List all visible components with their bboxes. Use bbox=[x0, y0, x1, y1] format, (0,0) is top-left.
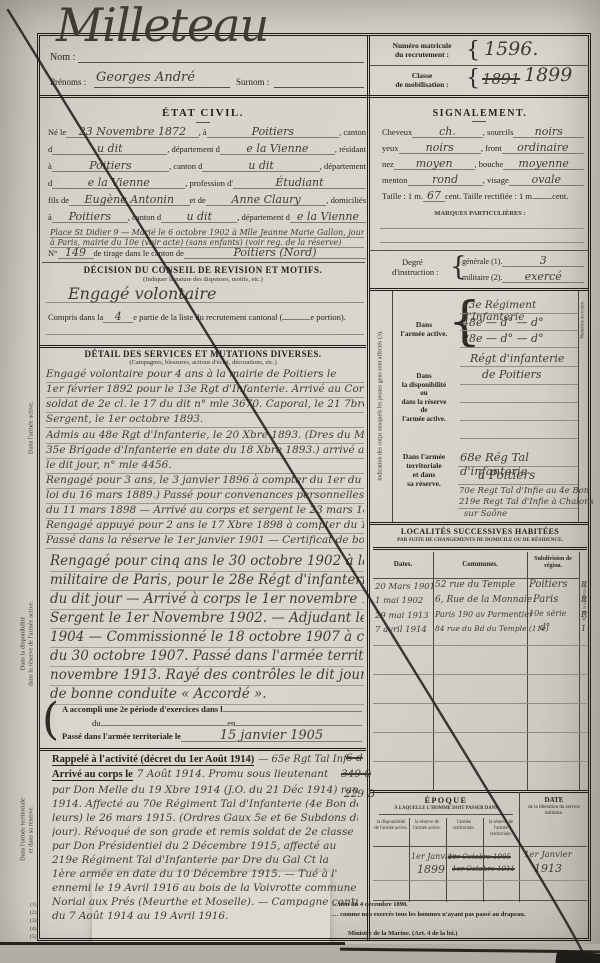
service-line: le dit jour, n° mle 4456. bbox=[46, 458, 364, 474]
corps-active-label: Dans l'armée active. bbox=[396, 320, 452, 338]
decision-title: DÉCISION DU CONSEIL DE REVISION ET MOTIF… bbox=[40, 265, 366, 275]
epoque-title: ÉPOQUE bbox=[373, 796, 519, 805]
corps-dispo-2: de Poitiers bbox=[482, 368, 542, 381]
locality-n: R. bbox=[581, 595, 590, 604]
margin-number-3: 229 B bbox=[344, 788, 375, 800]
service-line: Sergent, le 1er octobre 1893. bbox=[46, 412, 364, 428]
service-line: soldat de 2e cl. le 17 du dit n° mle 367… bbox=[46, 397, 364, 413]
decision-subtitle: (Indiquer la nature des dispenses, motif… bbox=[40, 276, 366, 283]
recall-line-2: Arrivé au corps le 7 Août 1914. Promu so… bbox=[52, 769, 352, 781]
margin-label-armee-active: Dans l'armée active. bbox=[27, 368, 35, 488]
epoque-liberation-date-1: 1er Janvier bbox=[524, 850, 572, 860]
locality-date: 1 mai 1902 bbox=[375, 596, 423, 606]
decision-value: Engagé volontaire bbox=[68, 284, 217, 303]
degre-militaire-row: militaire (2).exercé bbox=[462, 272, 584, 283]
service-line-big: de bonne conduite « Accordé ». bbox=[50, 685, 364, 705]
degre-general-row: générale (1).3 bbox=[462, 256, 584, 267]
epoque-col2-header: la réserve de l'armée active. bbox=[410, 820, 444, 832]
epoque-date-header-2: de la libération du service militaire. bbox=[523, 805, 585, 817]
classe-brace: { bbox=[466, 66, 480, 91]
prenoms-value: Georges André bbox=[96, 70, 195, 85]
etat-line-1: Né le23 Novembre 1872, àPoitiers, canton bbox=[48, 127, 366, 138]
degre-label-2: d'instruction : bbox=[392, 267, 439, 277]
margin-label-disponibilite: Dans la disponibilité dans la réserve de… bbox=[20, 574, 35, 714]
margin-number-2: 349 0 bbox=[341, 768, 371, 780]
etat-line-3: àPoitiers, canton du dit, département bbox=[48, 161, 366, 172]
corps-terr-3: 70e Regt Tal d'Infie au 4e Bon bbox=[459, 486, 589, 496]
page-bottom-edge bbox=[0, 944, 600, 963]
epoque-reserve-date-2: 1899 bbox=[417, 863, 445, 876]
epoque-col3-header: l'armée territoriale. bbox=[447, 820, 481, 832]
recall-line: 1ère armée en date du 10 Décembre 1915. … bbox=[52, 868, 358, 883]
margin-number-1: 6 d bbox=[346, 752, 363, 764]
service-line: 35e Brigade d'Infanterie en date du 18 X… bbox=[46, 443, 364, 459]
degre-label-1: Degré bbox=[402, 257, 423, 267]
corps-dispo-label: Dans la disponibilité ou dans la réserve… bbox=[392, 372, 456, 423]
service-line: 1er février 1892 pour le 13e Rgt d'Infan… bbox=[46, 382, 364, 398]
prenoms-label: Prénoms : bbox=[50, 77, 86, 87]
corps-active-3: 28e — d° — d° bbox=[462, 332, 544, 345]
locality-n: 1 bbox=[581, 624, 586, 633]
corps-active-2: 48e — d° — d° bbox=[462, 316, 544, 329]
surnom-label: Surnom : bbox=[236, 77, 269, 87]
matricule-brace: { bbox=[466, 38, 480, 63]
signalement-row-3: nezmoyen, bouchemoyenne bbox=[382, 159, 584, 170]
recall-line: jour). Révoqué de son grade et remis sol… bbox=[52, 826, 358, 841]
matricule-label: Numéro matricule du recrutement : bbox=[378, 41, 466, 59]
locality-commune: 52 rue du Temple bbox=[435, 580, 515, 590]
period-line-3: Passé dans l'armée territoriale le15 jan… bbox=[62, 731, 362, 742]
service-line-big: Rengagé pour cinq ans le 30 octobre 1902… bbox=[50, 552, 364, 572]
footnote-markers: (1) (2) (3) (4) (5) bbox=[30, 901, 36, 941]
service-line: du 11 mars 1898 — Arrivé au corps et ser… bbox=[46, 503, 364, 519]
signalement-row-4: mentonrond, visageovale bbox=[382, 175, 584, 186]
etat-line-6: àPoitiers, canton du dit, département de… bbox=[48, 212, 366, 223]
service-line-big: Sergent le 1er Novembre 1902. — Adjudant… bbox=[50, 609, 364, 629]
recall-line: ennemi le 19 Avril 1916 au bois de la Vo… bbox=[52, 882, 358, 897]
service-line-big: militaire de Paris, pour le 28e Régt d'i… bbox=[50, 571, 364, 591]
epoque-date-header: DATE bbox=[521, 796, 587, 804]
localites-col-communes: Communes. bbox=[433, 560, 527, 568]
services-subtitle: (Campagnes, blessures, actions d'éclat, … bbox=[40, 359, 366, 366]
surname-signature: Milleteau bbox=[56, 0, 268, 52]
service-line-big: du dit jour — Arrivé à corps le 1er nove… bbox=[50, 590, 364, 610]
corps-terr-2: à Poitiers bbox=[478, 468, 535, 482]
period-line-1: A accompli une 2e période d'exercices da… bbox=[62, 704, 362, 714]
service-line-big: 1904 — Commissionné le 18 octobre 1907 à… bbox=[50, 628, 364, 648]
service-line-big: novembre 1913. Rayé des contrôles le dit… bbox=[50, 666, 364, 686]
localites-col-dates: Dates. bbox=[373, 560, 433, 568]
matricule-value: 1596. bbox=[484, 38, 538, 60]
bottom-edge-line-left bbox=[0, 942, 345, 945]
periods-brace: ( bbox=[42, 698, 59, 742]
signalement-row-2: yeuxnoirs, frontordinaire bbox=[382, 143, 584, 154]
locality-subdiv: Paris bbox=[533, 594, 558, 605]
epoque-subtitle: À LAQUELLE L'HOMME DOIT PASSER DANS bbox=[373, 806, 519, 811]
service-line: Rengagé appuyé pour 2 ans le 17 Xbre 189… bbox=[46, 518, 364, 534]
corps-terr-5: sur Saône bbox=[464, 509, 507, 519]
marques-label: MARQUES PARTICULIÈRES : bbox=[371, 210, 589, 217]
recall-line: par Don Présidentiel du 2 Décembre 1915,… bbox=[52, 840, 358, 855]
locality-subdiv: d° bbox=[540, 623, 550, 633]
etat-civil-title: ÉTAT CIVIL. bbox=[40, 107, 366, 119]
locality-commune: Paris 190 av Parmentier bbox=[435, 610, 533, 619]
localites-col-subdivision: Subdivision de région. bbox=[527, 556, 579, 570]
footnote-5: (5) bbox=[30, 933, 36, 941]
services-title: DÉTAIL DES SERVICES ET MUTATIONS DIVERSE… bbox=[40, 349, 366, 359]
tirage-line: N°149de tirage dans le canton dePoitiers… bbox=[48, 248, 366, 259]
etat-line-5: fils deEugène Antoninet deAnne Claury, d… bbox=[48, 195, 366, 206]
footnote-3: (3) bbox=[30, 917, 36, 925]
signalement-title: SIGNALEMENT. bbox=[371, 108, 589, 119]
marriage-note-1: Place St Didier 9 — Marié le 6 octobre 1… bbox=[50, 228, 364, 238]
service-line: loi du 16 mars 1889.) Passé pour convena… bbox=[46, 488, 364, 504]
nom-label: Nom : bbox=[50, 52, 75, 63]
locality-commune: 84 rue du Bd du Temple (11e) bbox=[435, 624, 549, 633]
footnote-2: (2) bbox=[30, 909, 36, 917]
recall-line: 219e Régiment Tal d'Infanterie par Dre d… bbox=[52, 854, 358, 869]
recall-line: Norial aux Prés (Meurthe et Moselle). — … bbox=[52, 896, 358, 911]
recall-line: leurs) le 26 mars 1915. (Ordres Gaux 5e … bbox=[52, 812, 358, 827]
corps-terr-4: 219e Regt Tal d'Infie à Chalons bbox=[459, 497, 594, 507]
corps-terr-label: Dans l'armée territoriale et dans sa rés… bbox=[392, 452, 456, 488]
service-line-big: du 30 octobre 1907. Passé dans l'armée t… bbox=[50, 647, 364, 667]
service-line: Admis au 48e Rgt d'Infanterie, le 20 Xbr… bbox=[46, 428, 364, 444]
recall-line: par Don Melle du 19 Xbre 1914 (J.O. du 2… bbox=[52, 784, 358, 799]
classe-value: 1899 bbox=[524, 64, 572, 86]
localites-title: LOCALITÉS SUCCESSIVES HABITÉES bbox=[371, 527, 589, 536]
epoque-terr-date-struck: 1er Octobre 1905 bbox=[448, 853, 511, 861]
etat-line-2: du dit, département de la Vienne, résida… bbox=[48, 144, 366, 155]
service-line: Passé dans la réserve le 1er janvier 190… bbox=[46, 533, 364, 549]
recall-line: 1914. Affecté au 70e Régiment Tal d'Infa… bbox=[52, 798, 358, 813]
locality-subdiv: 10e série bbox=[529, 609, 566, 618]
locality-commune: 6, Rue de la Monnaie bbox=[435, 595, 532, 605]
period-line-2: duen bbox=[92, 718, 362, 728]
epoque-col1-header: la disponibilité de l'armée active. bbox=[374, 820, 408, 832]
epoque-terr-date: 1er Octobre 1911 bbox=[452, 865, 515, 873]
footnote-1: (1) bbox=[30, 901, 36, 909]
etat-line-4: de la Vienne, profession d'Étudiant bbox=[48, 178, 366, 189]
footnote-4: (4) bbox=[30, 925, 36, 933]
epoque-col4-header: la réserve de l'armée territoriale. bbox=[484, 820, 518, 838]
locality-n: R. bbox=[581, 610, 590, 619]
epoque-liberation-date-2: 1913 bbox=[534, 862, 562, 875]
margin-label-territoriale: Dans l'armée territoriale et dans sa rés… bbox=[20, 765, 35, 895]
locality-date: 29 mai 1913 bbox=[375, 611, 429, 621]
compris-line: Compris dans la4e partie de la liste du … bbox=[48, 312, 366, 323]
signalement-row-5: Taille : 1 m.67cent. Taille rectifiée : … bbox=[382, 191, 584, 202]
recall-line: du 7 Août 1914 au 19 Avril 1916. bbox=[52, 910, 358, 925]
locality-subdiv: Poitiers bbox=[529, 579, 568, 590]
locality-date: 20 Mars 1901 bbox=[375, 582, 435, 592]
service-line: Engagé volontaire pour 4 ans à la mairie… bbox=[46, 367, 364, 383]
corps-dispo-1: Régt d'infanterie bbox=[470, 352, 564, 365]
locality-date: 7 avril 1914 bbox=[375, 625, 427, 635]
recall-line-1: Rappelé à l'activité (décret du 1er Août… bbox=[52, 754, 352, 766]
localites-subtitle: PAR SUITE DE CHANGEMENTS DE DOMICILE OU … bbox=[371, 537, 589, 543]
signalement-row-1: Cheveuxch., sourcilsnoirs bbox=[382, 127, 584, 138]
classe-label: Classe de mobilisation : bbox=[378, 71, 466, 89]
service-line: Rengagé pour 3 ans, le 3 janvier 1896 à … bbox=[46, 473, 364, 489]
locality-n: R. bbox=[581, 580, 590, 589]
classe-old-value: 1891 bbox=[482, 70, 520, 88]
register-sheet: (1) (2) (3) (4) (5) …tion du 4 décembre … bbox=[0, 0, 600, 963]
